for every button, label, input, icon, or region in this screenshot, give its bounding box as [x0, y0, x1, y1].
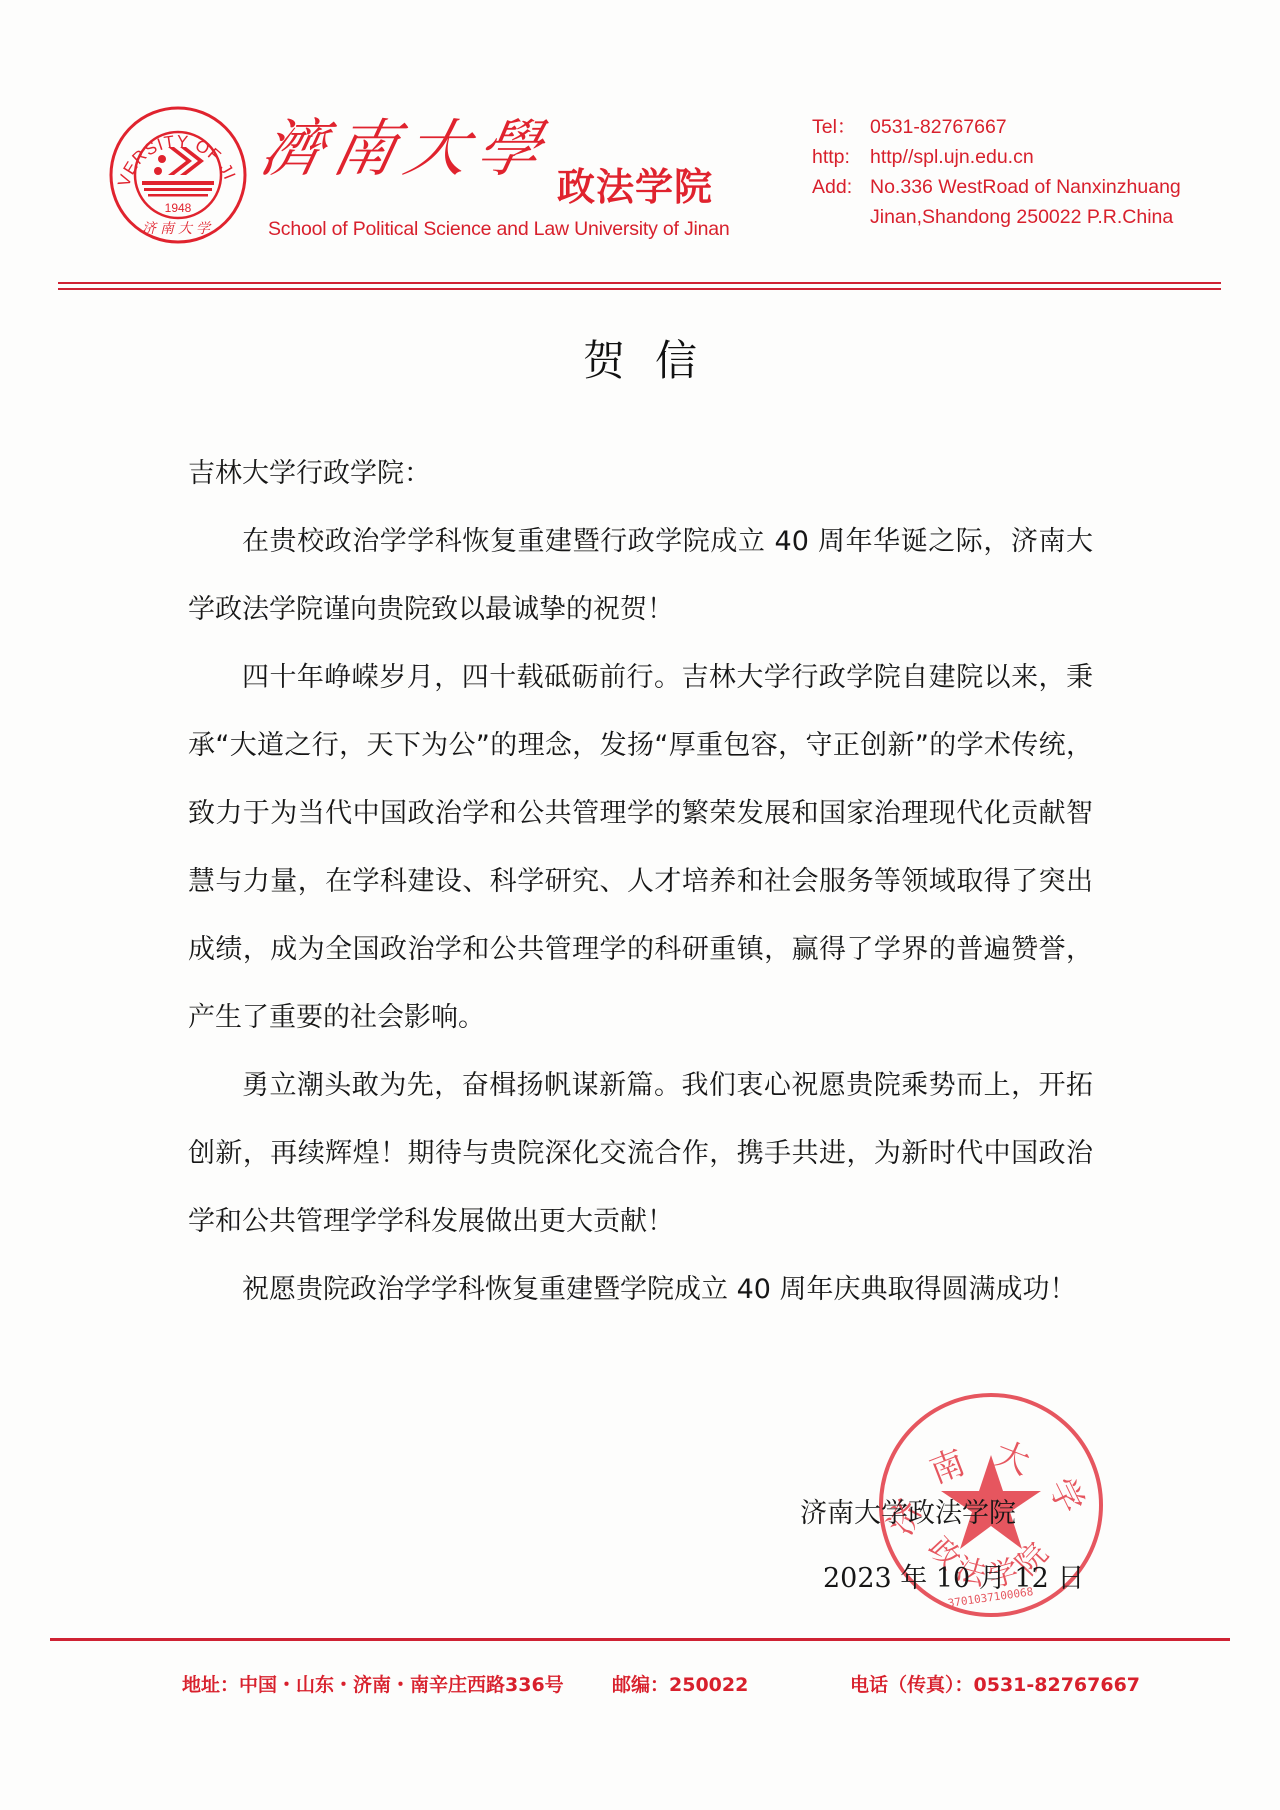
signature: 济南大学政法学院 [800, 1491, 1016, 1530]
contact-value: No.336 WestRoad of Nanxinzhuang [870, 172, 1181, 202]
paragraph: 四十年峥嵘岁月，四十载砥砺前行。吉林大学行政学院自建院以来，秉承“大道之行，天下… [188, 644, 1093, 1052]
contact-address: Add: No.336 WestRoad of Nanxinzhuang [812, 172, 1181, 202]
college-name-en: School of Political Science and Law Univ… [268, 218, 730, 241]
letter-date: 2023 年 10 月 12 日 [823, 1556, 1084, 1595]
university-calligraphy-name: 濟南大學 [255, 118, 556, 180]
contact-value: Jinan,Shandong 250022 P.R.China [870, 202, 1173, 232]
contact-label: Add: [812, 172, 870, 202]
footer-contact: 地址：中国・山东・济南・南辛庄西路336号 邮编：250022 电话（传真）：0… [182, 1670, 1140, 1697]
letter-title: 贺信 [0, 328, 1280, 388]
contact-label: Tel： [812, 112, 870, 142]
svg-text:济南大学: 济南大学 [142, 221, 214, 237]
contact-label [812, 202, 870, 232]
contact-address-line2: Jinan,Shandong 250022 P.R.China [812, 202, 1181, 232]
website-link: http//spl.ujn.edu.cn [870, 142, 1034, 172]
contact-value: 0531-82767667 [870, 112, 1007, 142]
contact-block: Tel： 0531-82767667 http: http//spl.ujn.e… [812, 112, 1181, 232]
footer-divider [50, 1638, 1230, 1641]
salutation: 吉林大学行政学院： [188, 440, 1093, 508]
footer-phone: 电话（传真）：0531-82767667 [850, 1670, 1140, 1697]
contact-tel: Tel： 0531-82767667 [812, 112, 1181, 142]
header-divider-bottom [58, 288, 1221, 290]
footer-postcode: 邮编：250022 [612, 1670, 850, 1697]
contact-label: http: [812, 142, 870, 172]
svg-text:UNIVERSITY OF JINAN: UNIVERSITY OF JINAN [108, 105, 240, 189]
seal-emblem-icon: UNIVERSITY OF JINAN 1948 济南大学 [108, 105, 248, 245]
university-seal-logo: UNIVERSITY OF JINAN 1948 济南大学 [108, 105, 248, 245]
college-name-cn: 政法学院 [557, 168, 713, 206]
paragraph: 祝愿贵院政治学学科恢复重建暨学院成立 40 周年庆典取得圆满成功！ [188, 1256, 1093, 1324]
header-divider-top [58, 282, 1221, 284]
footer-address: 地址：中国・山东・济南・南辛庄西路336号 [182, 1670, 612, 1697]
letter-body: 吉林大学行政学院： 在贵校政治学学科恢复重建暨行政学院成立 40 周年华诞之际，… [188, 440, 1093, 1324]
contact-website: http: http//spl.ujn.edu.cn [812, 142, 1181, 172]
paragraph: 勇立潮头敢为先，奋楫扬帆谋新篇。我们衷心祝愿贵院乘势而上，开拓创新，再续辉煌！期… [188, 1052, 1093, 1256]
svg-text:1948: 1948 [165, 201, 192, 215]
paragraph: 在贵校政治学学科恢复重建暨行政学院成立 40 周年华诞之际，济南大学政法学院谨向… [188, 508, 1093, 644]
